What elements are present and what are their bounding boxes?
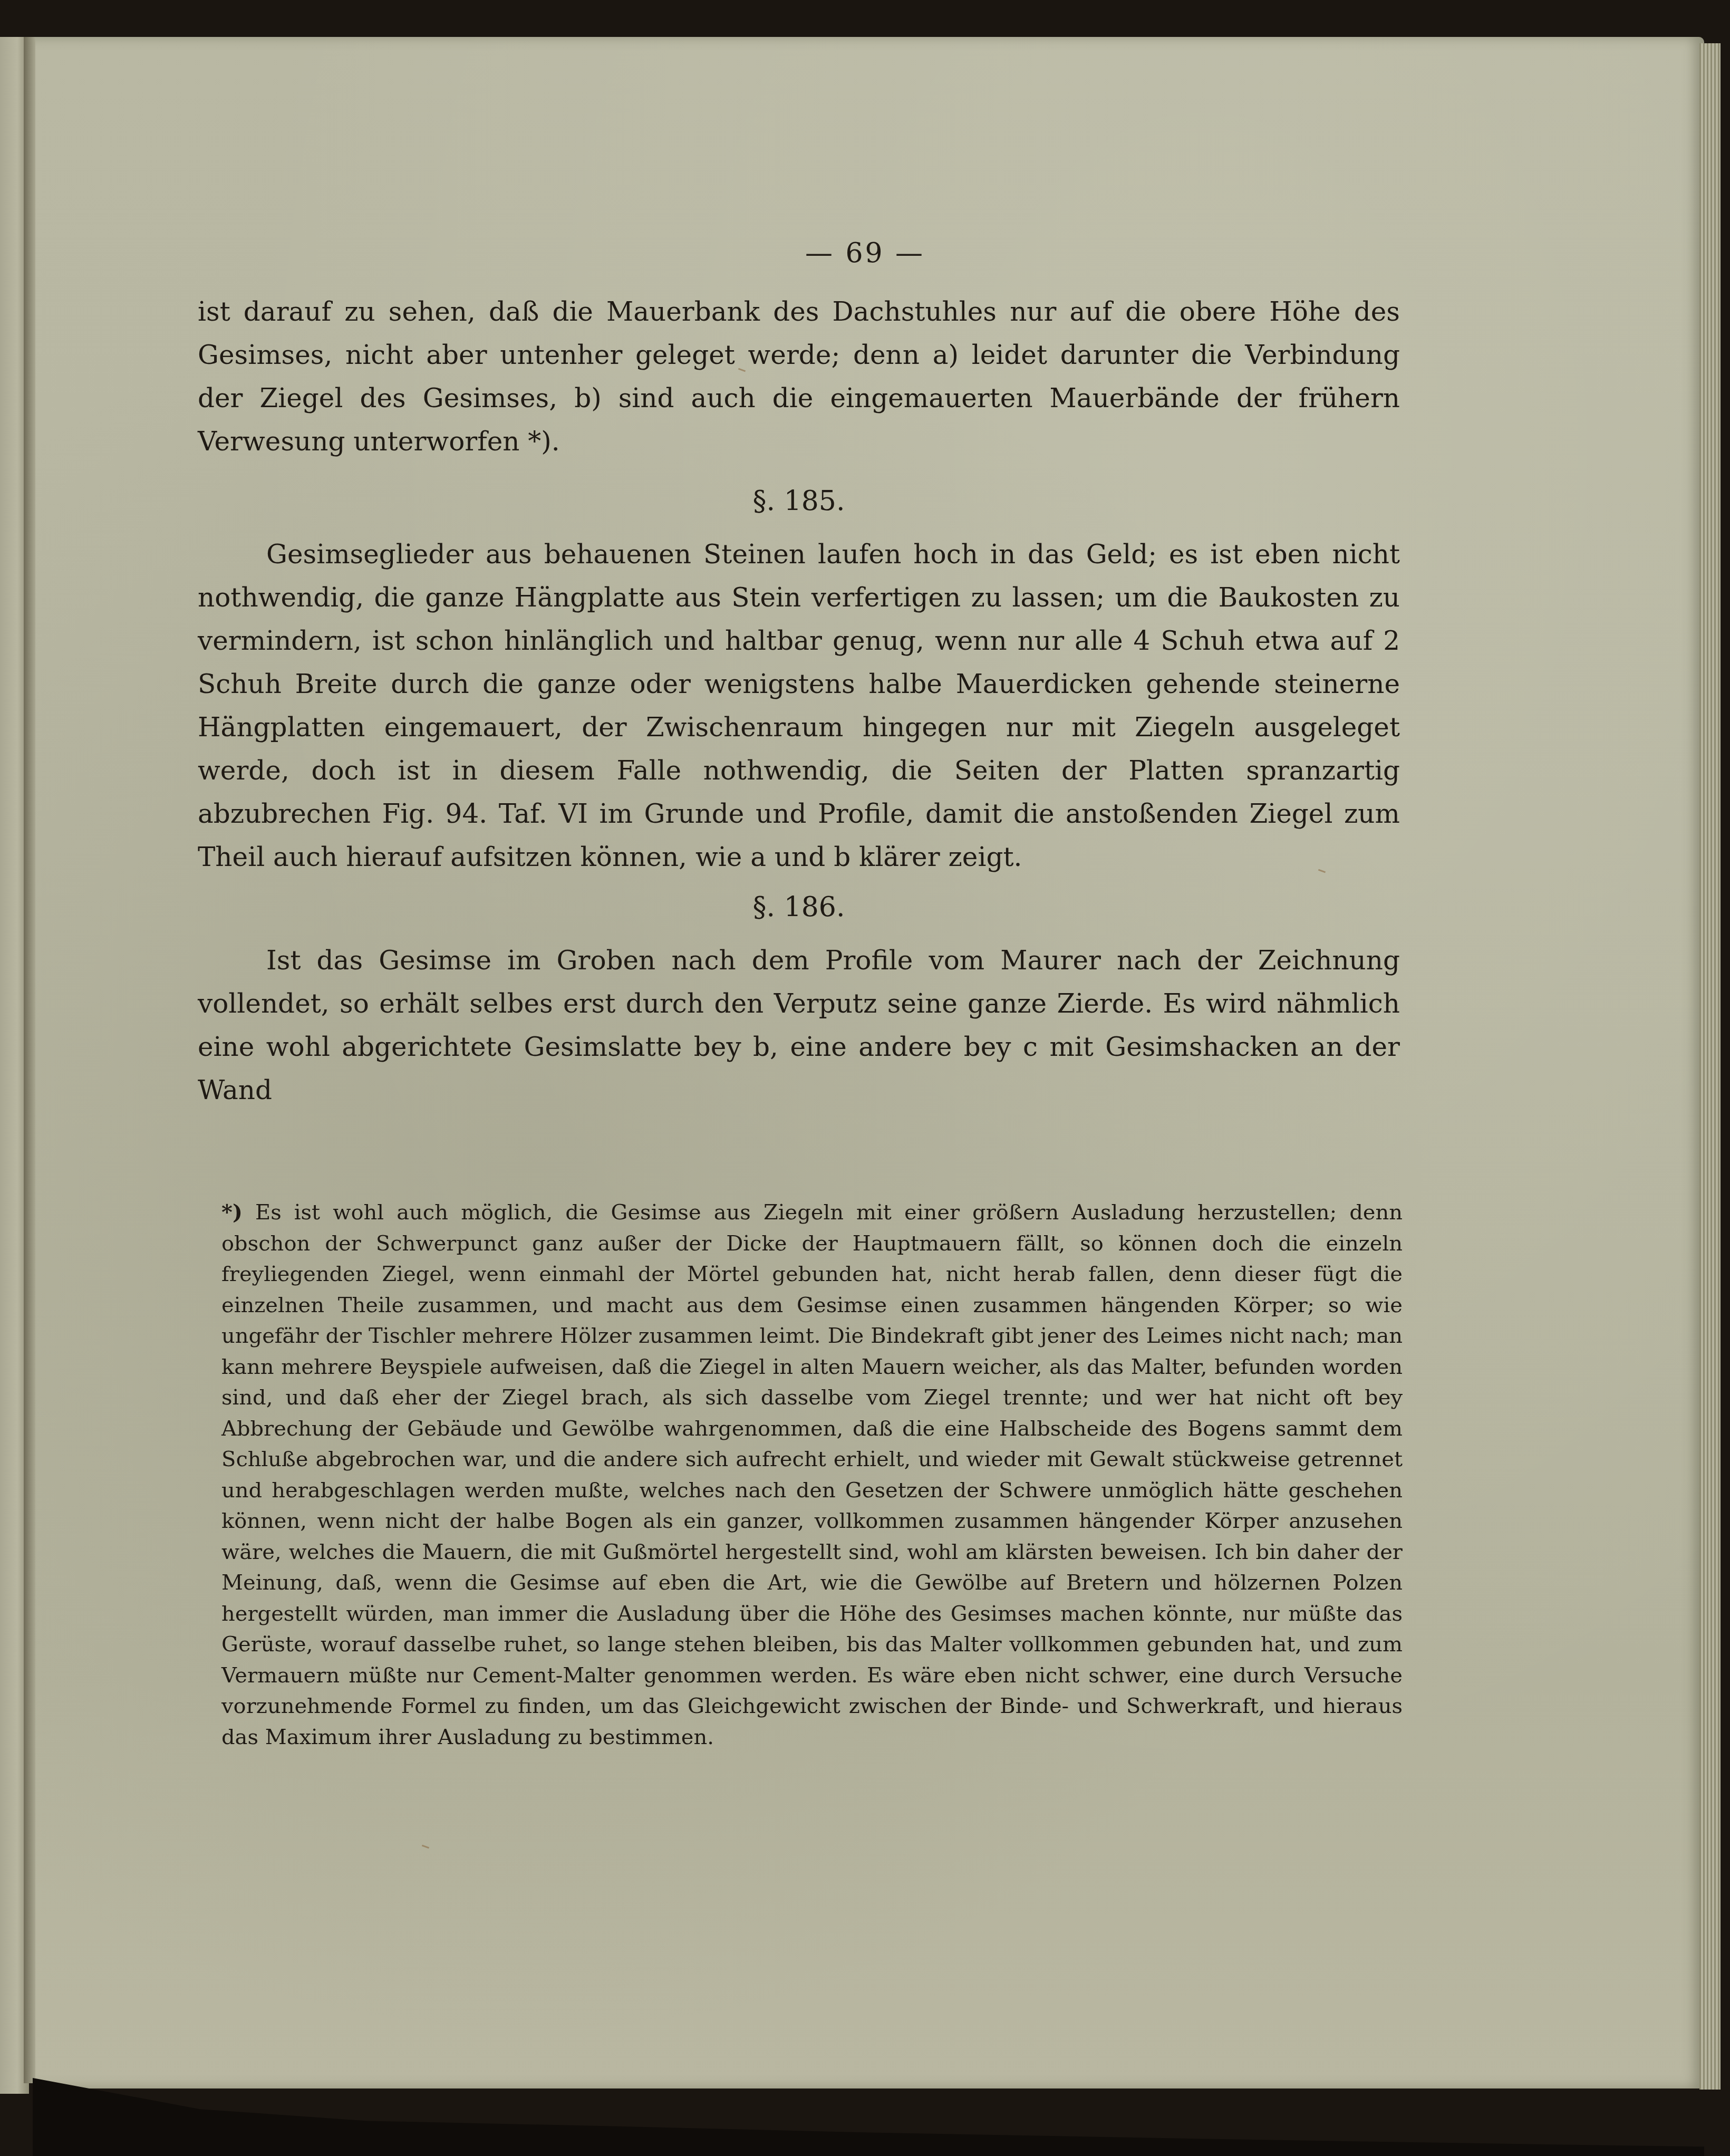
footnote-body: Es ist wohl auch möglich, die Gesimse au… bbox=[221, 1200, 1403, 1749]
section-heading: §. 185. bbox=[198, 485, 1400, 517]
footnote-text: *) Es ist wohl auch möglich, die Gesimse… bbox=[221, 1197, 1403, 1753]
footnote-marker: *) bbox=[221, 1200, 243, 1225]
section-186-heading-block: §. 186. bbox=[198, 891, 1400, 923]
paragraph-text: Ist das Gesimse im Groben nach dem Profi… bbox=[198, 939, 1400, 1112]
section-185-paragraph: Gesimseglieder aus behauenen Steinen lau… bbox=[198, 533, 1400, 879]
paragraph-text: Gesimseglieder aus behauenen Steinen lau… bbox=[198, 533, 1400, 879]
continuation-paragraph: ist darauf zu sehen, daß die Mauerbank d… bbox=[198, 290, 1400, 463]
torn-bottom-edge bbox=[33, 2078, 1704, 2156]
section-heading: §. 186. bbox=[198, 891, 1400, 923]
page-stack-edge bbox=[1699, 43, 1721, 2090]
section-186-paragraph: Ist das Gesimse im Groben nach dem Profi… bbox=[198, 939, 1400, 1112]
binding-gutter bbox=[24, 37, 35, 2083]
scanned-book-page: — 69 — ist darauf zu sehen, daß die Maue… bbox=[0, 0, 1730, 2156]
section-185-heading-block: §. 185. bbox=[198, 485, 1400, 517]
footnote: *) Es ist wohl auch möglich, die Gesimse… bbox=[221, 1197, 1403, 1753]
paragraph-text: ist darauf zu sehen, daß die Mauerbank d… bbox=[198, 290, 1400, 463]
page-number: — 69 — bbox=[0, 237, 1730, 269]
